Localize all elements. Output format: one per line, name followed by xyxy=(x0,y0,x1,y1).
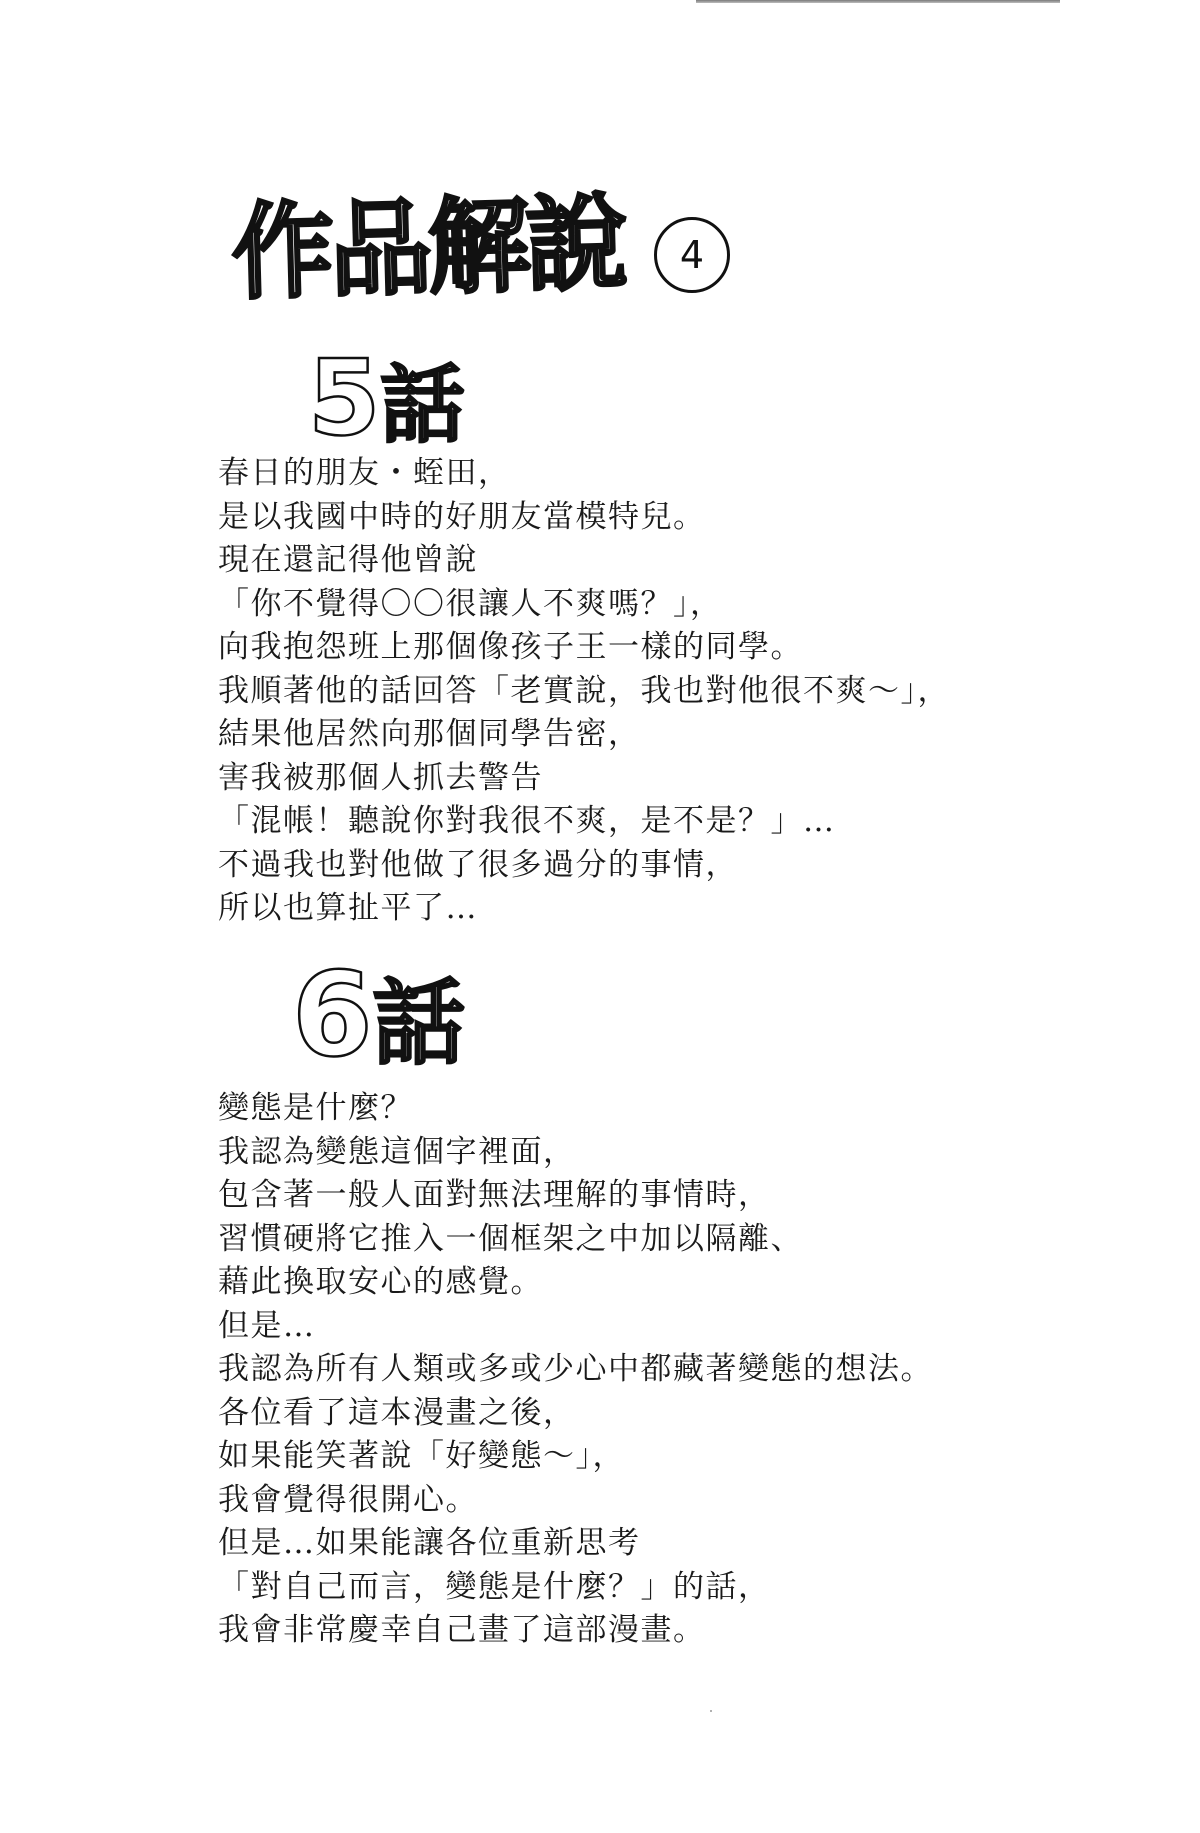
text-line: 我順著他的話回答「老實說，我也對他很不爽～」， xyxy=(218,670,950,714)
text-line: 我認為變態這個字裡面， xyxy=(218,1131,933,1175)
text-line: 藉此換取安心的感覺。 xyxy=(218,1261,933,1305)
top-edge-rule xyxy=(696,0,1060,3)
text-line: 害我被那個人抓去警告 xyxy=(218,757,950,801)
text-line: 我會非常慶幸自己畫了這部漫畫。 xyxy=(218,1609,933,1653)
chapter-5-heading: 5話 xyxy=(308,346,462,450)
text-line: 向我抱怨班上那個像孩子王一樣的同學。 xyxy=(218,626,950,670)
text-line: 春日的朋友・蛭田， xyxy=(218,452,950,496)
text-line: 是以我國中時的好朋友當模特兒。 xyxy=(218,496,950,540)
text-line: 「混帳！聽說你對我很不爽，是不是？」… xyxy=(218,800,950,844)
text-line: 所以也算扯平了… xyxy=(218,887,950,931)
text-line: 包含著一般人面對無法理解的事情時， xyxy=(218,1174,933,1218)
chapter-6-text: 變態是什麼？ 我認為變態這個字裡面， 包含著一般人面對無法理解的事情時， 習慣硬… xyxy=(218,1087,933,1653)
chapter-5-text: 春日的朋友・蛭田， 是以我國中時的好朋友當模特兒。 現在還記得他曾說 「你不覺得… xyxy=(218,452,950,931)
text-line: 但是…如果能讓各位重新思考 xyxy=(218,1522,933,1566)
text-line: 現在還記得他曾說 xyxy=(218,539,950,583)
text-line: 習慣硬將它推入一個框架之中加以隔離、 xyxy=(218,1218,933,1262)
page-title-text: 作品解說 xyxy=(231,191,626,305)
text-line: 但是… xyxy=(218,1305,933,1349)
text-line: 我認為所有人類或多或少心中都藏著變態的想法。 xyxy=(218,1348,933,1392)
text-line: 結果他居然向那個同學告密， xyxy=(218,713,950,757)
text-line: 「對自己而言，變態是什麼？」的話， xyxy=(218,1566,933,1610)
chapter-5-number: 5 xyxy=(308,337,380,459)
scan-speck xyxy=(710,1710,712,1712)
text-line: 不過我也對他做了很多過分的事情， xyxy=(218,844,950,888)
text-line: 如果能笑著說「好變態～」， xyxy=(218,1435,933,1479)
title-number-circle: 4 xyxy=(654,217,730,293)
page-title: 作品解說 4 xyxy=(228,196,730,300)
text-line: 變態是什麼？ xyxy=(218,1087,933,1131)
text-line: 我會覺得很開心。 xyxy=(218,1479,933,1523)
chapter-6-word: 話 xyxy=(373,970,463,1077)
chapter-5-word: 話 xyxy=(380,356,462,454)
chapter-6-heading: 6話 xyxy=(292,958,463,1074)
chapter-6-number: 6 xyxy=(292,948,373,1083)
text-line: 「你不覺得〇〇很讓人不爽嗎？」， xyxy=(218,583,950,627)
text-line: 各位看了這本漫畫之後， xyxy=(218,1392,933,1436)
